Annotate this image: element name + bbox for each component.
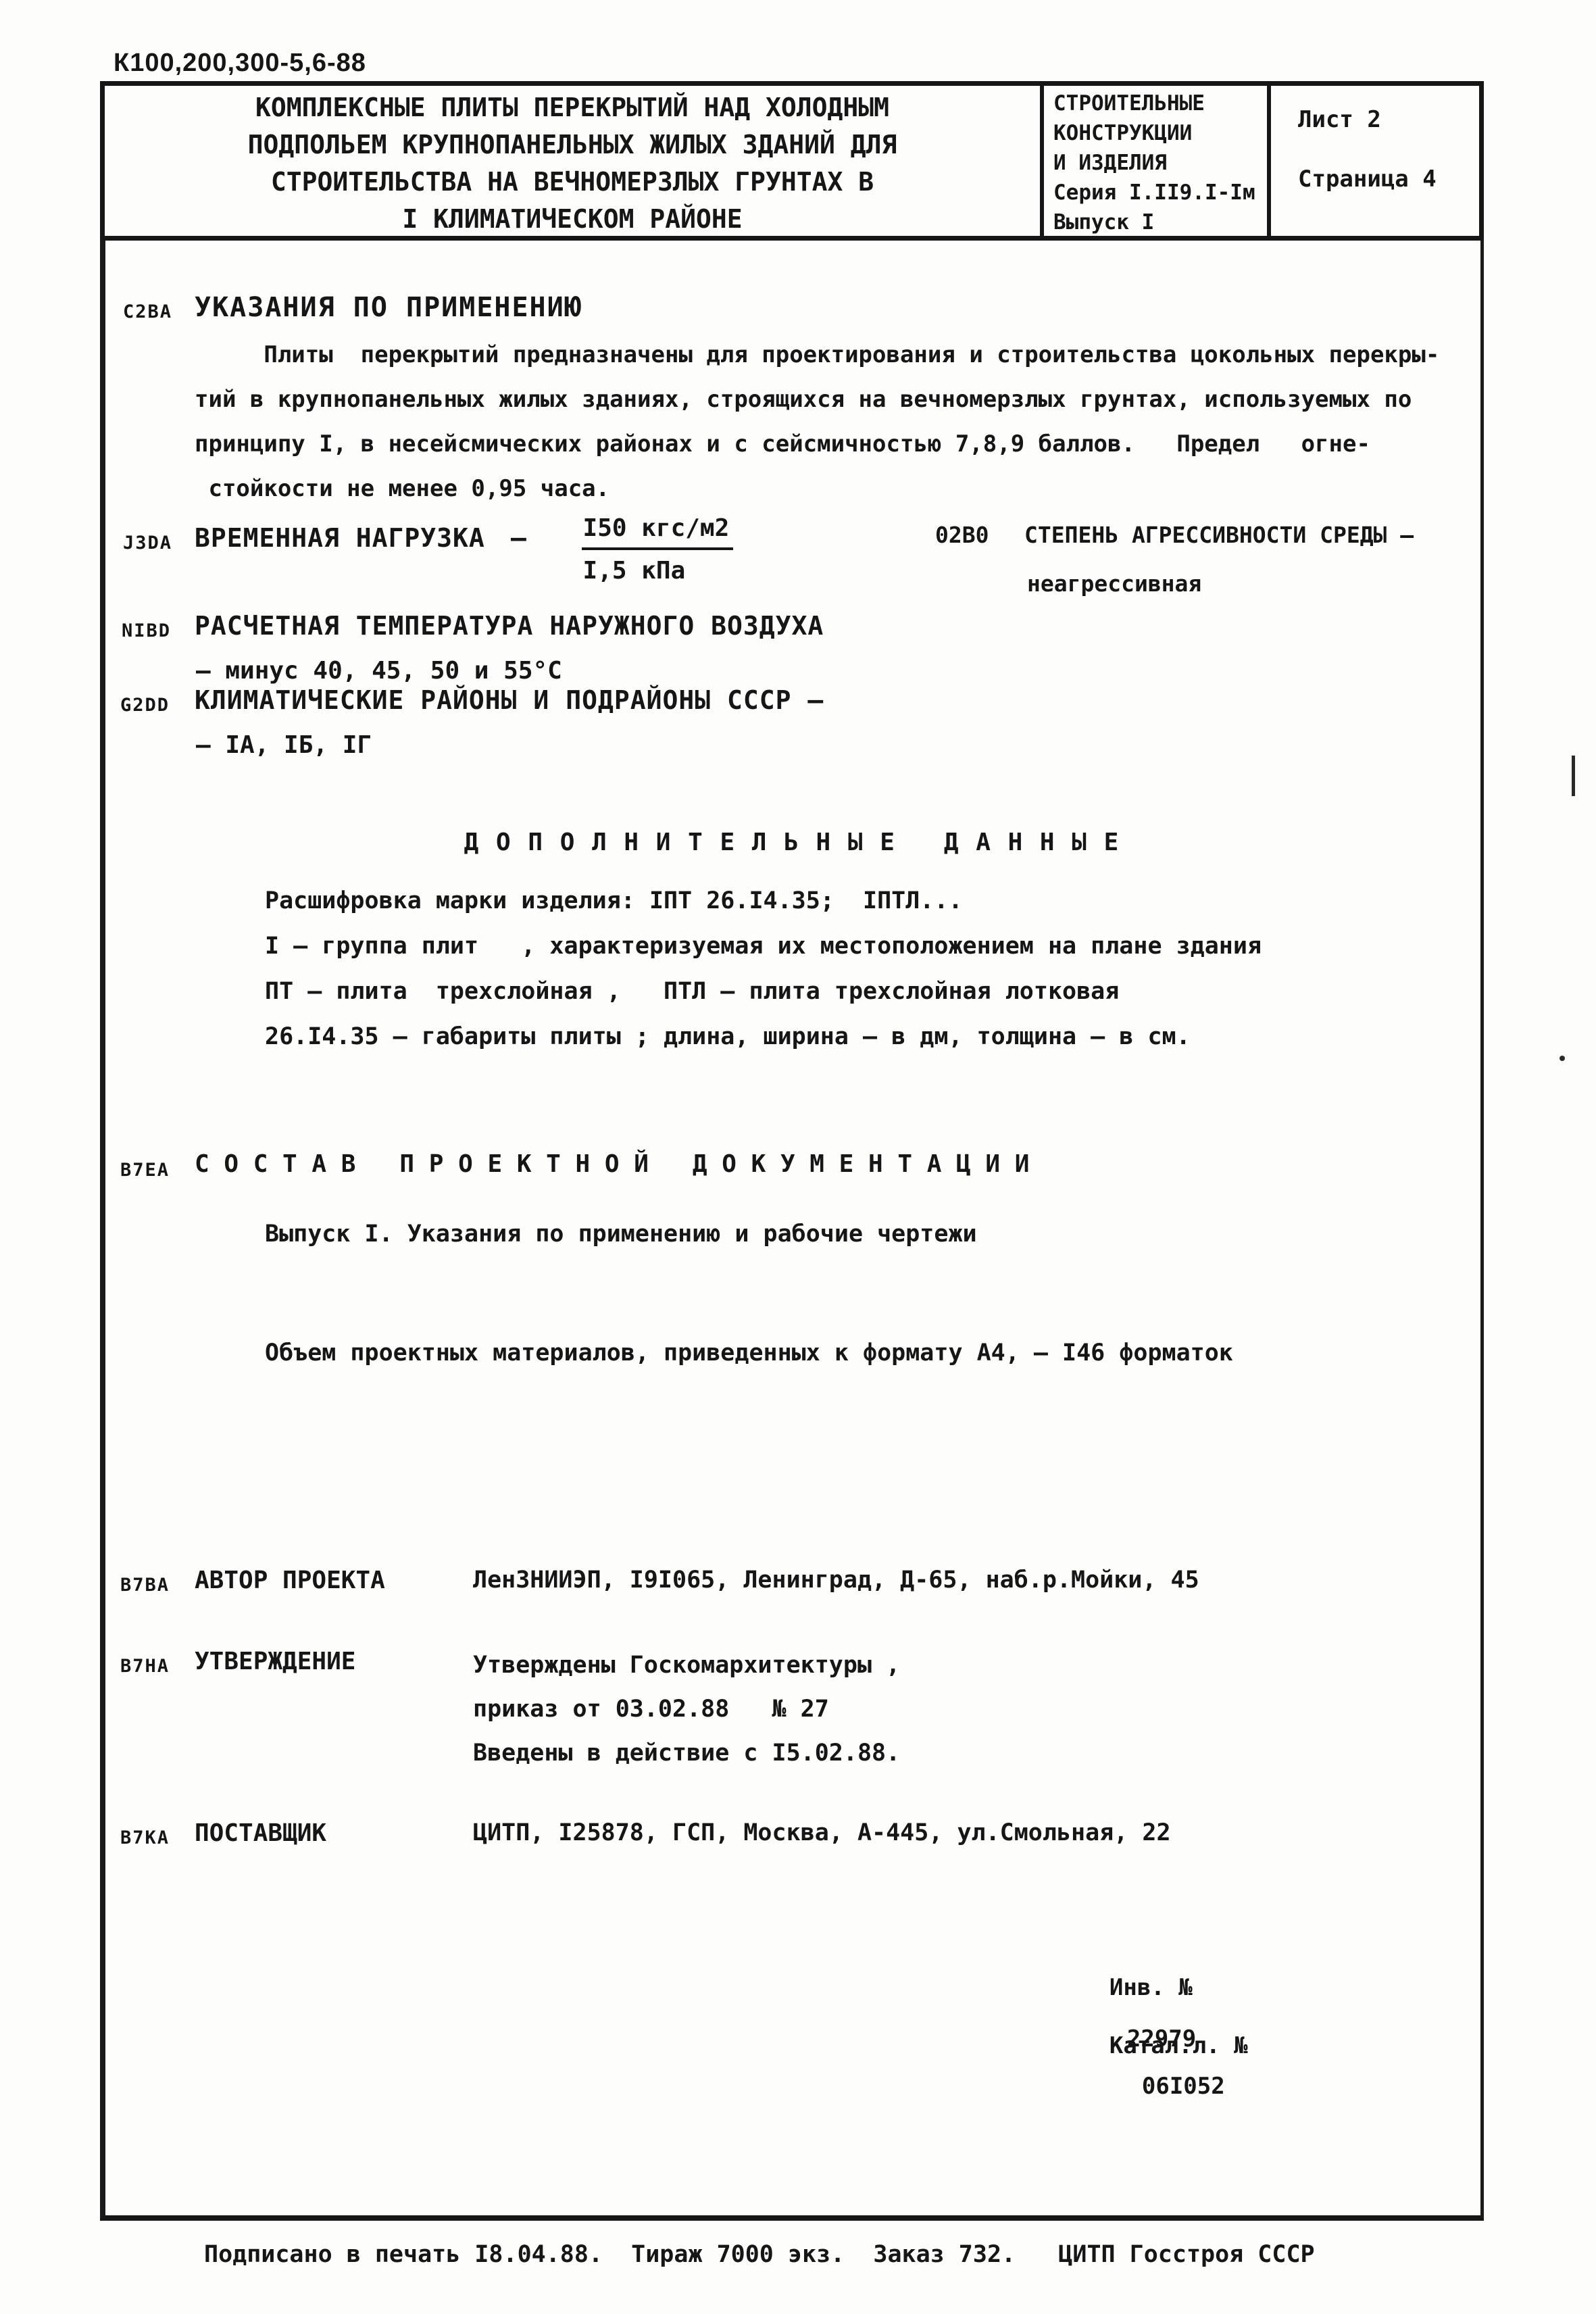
- header-title-line: СТРОИТЕЛЬСТВА НА ВЕЧНОМЕРЗЛЫХ ГРУНТАХ В: [105, 164, 1040, 201]
- composition-volume: Объем проектных материалов, приведенных …: [265, 1339, 1233, 1367]
- section-code-climate: G2DD: [120, 695, 170, 716]
- climate-label: КЛИМАТИЧЕСКИЕ РАЙОНЫ И ПОДРАЙОНЫ СССР –: [195, 685, 824, 715]
- catalog-sheet-value: 06I052: [1142, 2073, 1225, 2100]
- header-sheet-cell: Лист 2 Страница 4: [1267, 86, 1479, 236]
- mark-decoding-line: Расшифровка марки изделия: IПТ 26.I4.35;…: [265, 879, 963, 924]
- supplier-label: ПОСТАВЩИК: [195, 1819, 326, 1847]
- catalog-sheet-label: Катал.л. №: [1109, 2032, 1248, 2059]
- mark-decoding-line: I – группа плит , характеризуемая их мес…: [265, 924, 1262, 969]
- section-code-aggressiveness: 02В0: [935, 522, 989, 548]
- usage-paragraph: Плиты перекрытий предназначены для проек…: [195, 333, 1478, 511]
- section-code-load: J3DA: [123, 533, 172, 553]
- section-code-composition: B7EA: [120, 1160, 170, 1181]
- header-issue: Выпуск I: [1053, 207, 1263, 237]
- header-category-line: КОНСТРУКЦИИ: [1053, 118, 1263, 148]
- section-code-supplier: B7KA: [120, 1827, 170, 1848]
- scan-artifact-mark: [1572, 756, 1575, 796]
- catalog-sheet-line: Катал.л. № 06I052: [1054, 1979, 1248, 2157]
- document-page: К100,200,300-5,6-88 КОМПЛЕКСНЫЕ ПЛИТЫ ПЕ…: [0, 0, 1596, 2314]
- header-category-line: СТРОИТЕЛЬНЫЕ: [1053, 89, 1263, 118]
- header-title-line: ПОДПОЛЬЕМ КРУПНОПАНЕЛЬНЫХ ЖИЛЫХ ЗДАНИЙ Д…: [105, 126, 1040, 164]
- aggressiveness-value: неагрессивная: [1027, 570, 1201, 597]
- approval-line: Утверждены Госкомархитектуры ,: [473, 1644, 900, 1688]
- header-title: КОМПЛЕКСНЫЕ ПЛИТЫ ПЕРЕКРЫТИЙ НАД ХОЛОДНЫ…: [105, 86, 1040, 236]
- approval-line: Введены в действие с I5.02.88.: [473, 1731, 900, 1775]
- composition-issue: Выпуск I. Указания по применению и рабоч…: [265, 1221, 977, 1248]
- load-value-kpa: I,5 кПа: [582, 550, 686, 585]
- load-fraction: I50 кгс/м2 I,5 кПа: [555, 501, 733, 597]
- mark-decoding-line: ПТ – плита трехслойная , ПТЛ – плита тре…: [265, 969, 1119, 1014]
- page-number: Страница 4: [1298, 166, 1479, 193]
- header-series: Серия I.II9.I-Iм: [1053, 178, 1263, 207]
- aggressiveness-label: СТЕПЕНЬ АГРЕССИВНОСТИ СРЕДЫ –: [1024, 522, 1414, 548]
- header-table: КОМПЛЕКСНЫЕ ПЛИТЫ ПЕРЕКРЫТИЙ НАД ХОЛОДНЫ…: [100, 81, 1484, 241]
- temperature-value: – минус 40, 45, 50 и 55°С: [196, 657, 562, 685]
- mark-decoding-line: 26.I4.35 – габариты плиты ; длина, ширин…: [265, 1014, 1191, 1060]
- scan-artifact-dot: [1560, 1056, 1565, 1061]
- section-code-usage: C2BA: [123, 301, 172, 322]
- sheet-number: Лист 2: [1298, 106, 1479, 133]
- section-code-approval: B7HA: [120, 1656, 170, 1677]
- additional-data-title: Д О П О Л Н И Т Е Л Ь Н Ы Е Д А Н Н Ы Е: [100, 829, 1484, 856]
- print-footer: Подписано в печать I8.04.88. Тираж 7000 …: [204, 2241, 1315, 2268]
- header-title-line: КОМПЛЕКСНЫЕ ПЛИТЫ ПЕРЕКРЫТИЙ НАД ХОЛОДНЫ…: [105, 89, 1040, 126]
- header-category-line: И ИЗДЕЛИЯ: [1053, 148, 1263, 178]
- climate-value: – IА, IБ, IГ: [196, 731, 372, 759]
- approval-label: УТВЕРЖДЕНИЕ: [195, 1648, 355, 1675]
- author-value: ЛенЗНИИЭП, I9I065, Ленинград, Д-65, наб.…: [473, 1567, 1199, 1594]
- header-category: СТРОИТЕЛЬНЫЕ КОНСТРУКЦИИ И ИЗДЕЛИЯ Серия…: [1040, 86, 1267, 236]
- header-title-line: I КЛИМАТИЧЕСКОМ РАЙОНЕ: [105, 201, 1040, 238]
- supplier-value: ЦИТП, I25878, ГСП, Москва, А-445, ул.Смо…: [473, 1819, 1171, 1846]
- author-label: АВТОР ПРОЕКТА: [195, 1567, 385, 1594]
- composition-title: С О С Т А В П Р О Е К Т Н О Й Д О К У М …: [195, 1150, 1029, 1178]
- section-code-temperature: NIBD: [122, 620, 171, 641]
- load-dash: –: [511, 523, 527, 553]
- usage-title: УКАЗАНИЯ ПО ПРИМЕНЕНИЮ: [195, 292, 582, 323]
- load-value-kgs: I50 кгс/м2: [582, 514, 734, 550]
- approval-line: приказ от 03.02.88 № 27: [473, 1688, 829, 1731]
- catalog-code: К100,200,300-5,6-88: [114, 49, 366, 78]
- temperature-label: РАСЧЕТНАЯ ТЕМПЕРАТУРА НАРУЖНОГО ВОЗДУХА: [195, 611, 824, 641]
- section-code-author: B7BA: [120, 1575, 170, 1596]
- load-label: ВРЕМЕННАЯ НАГРУЗКА: [195, 523, 485, 553]
